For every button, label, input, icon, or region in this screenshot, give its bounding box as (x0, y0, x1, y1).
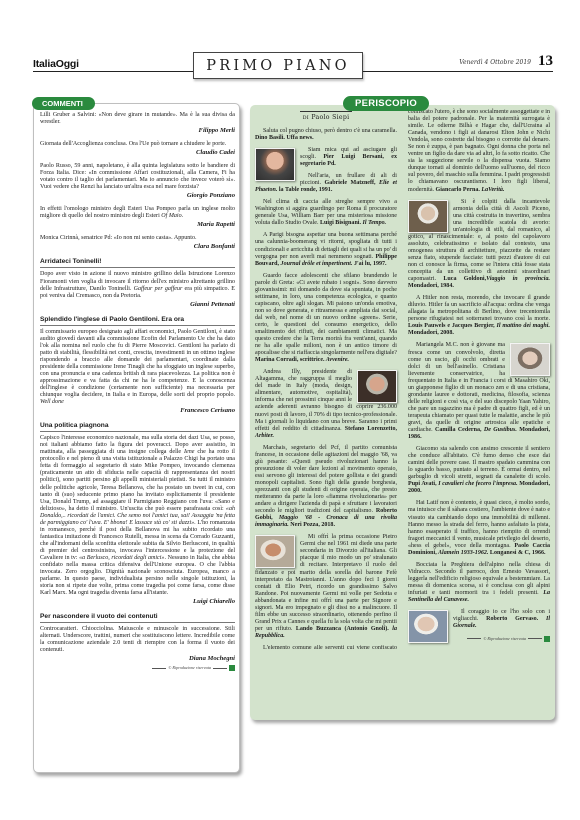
periscopio-box: DI Paolo Siepi Saluta col pugno chiuso, … (250, 105, 555, 720)
gervaso-photo (408, 610, 448, 643)
comment-item: Lilli Gruber a Salvini: «Non deve girare… (40, 112, 235, 135)
copyright-notice: © Riproduzione riservata (453, 635, 550, 642)
comment-author: Clara Bonfanti (40, 242, 235, 251)
comment-author: Giorgio Ponziano (40, 191, 235, 200)
quote-entry: A Hitler non resta, morendo, che invocar… (408, 295, 550, 337)
quote-entry: A Parigi bisogna aspettar una buona sett… (255, 232, 397, 267)
quote-entry: Giacomo sta salendo con ansimo crescente… (408, 446, 550, 495)
masthead-rule-right (363, 71, 553, 72)
comment-item: Paolo Russo, 59 anni, napoletano, è alla… (40, 163, 235, 200)
masthead-rule-left (33, 71, 193, 72)
goldoni-photo (408, 200, 448, 233)
issue-date: Venerdì 4 Ottobre 2019 (459, 59, 531, 66)
copyright-notice: © Riproduzione riservata (40, 664, 235, 671)
comment-text: Lilli Gruber a Salvini: «Non deve girare… (40, 112, 235, 126)
article-heading: Una politica piagnona (40, 421, 235, 432)
comment-article: Una politica piagnona Capisco l'interess… (40, 421, 235, 606)
comment-article: Per nascondere il vuoto dei contenuti Co… (40, 612, 235, 663)
comment-item: In effetti l'omologo ministro degli Este… (40, 206, 235, 229)
article-author: Gianni Pettenati (40, 300, 235, 309)
article-heading: Per nascondere il vuoto dei contenuti (40, 612, 235, 623)
illy-photo (357, 370, 397, 403)
comment-author: Filippo Merli (40, 126, 235, 135)
comment-item: Giornata dell'Accoglienza conclusa. Ora … (40, 141, 235, 157)
comment-author: Claudio Cadei (40, 148, 235, 157)
commenti-label: COMMENTI (32, 97, 95, 110)
quote-entry-continuation: confiscato l'utero, è che sono socialmen… (408, 109, 550, 194)
masthead: ItaliaOggi PRIMO PIANO Venerdì 4 Ottobre… (33, 50, 553, 86)
comment-text: Paolo Russo, 59 anni, napoletano, è alla… (40, 163, 235, 191)
comment-text: Giornata dell'Accoglienza conclusa. Ora … (40, 141, 235, 148)
comment-item: Monica Cirinnà, senatrice Pd: «Io non mi… (40, 235, 235, 251)
periscopio-column-1: DI Paolo Siepi Saluta col pugno chiuso, … (255, 109, 397, 657)
quote-entry-continued: L'elemento comune alle serventi cui vien… (255, 645, 397, 652)
quote-entry: Bocciata la Preghiera dell'alpino nella … (408, 562, 550, 604)
article-author: Luigi Chiarello (40, 597, 235, 606)
page-number: 13 (538, 53, 553, 70)
periscopio-label: PERISCOPIO (343, 96, 429, 111)
buzzanca-photo (255, 535, 295, 568)
article-text: Capisco l'interesse economico nazionale,… (40, 435, 235, 597)
article-text: Il commissario europeo designato agli af… (40, 329, 235, 407)
comment-author: Maria Rapetti (40, 220, 235, 229)
quote-entry: Nel clima di caccia alle streghe sempre … (255, 199, 397, 227)
article-text: Controcaratteri. Chiocciolina. Maiuscole… (40, 626, 235, 654)
comment-article: Arridateci Toninelli! Dopo aver visto in… (40, 257, 235, 308)
end-mark-icon (544, 636, 550, 642)
brand-logo: ItaliaOggi (33, 58, 79, 70)
comment-text: In effetti l'omologo ministro degli Este… (40, 206, 235, 220)
quote-entry: Hai Latif non è contento, è quasi cieco,… (408, 500, 550, 556)
article-author: Diana Mochegni (40, 654, 235, 663)
comment-text: Monica Cirinnà, senatrice Pd: «Io non mi… (40, 235, 235, 242)
article-heading: Arridateci Toninelli! (40, 257, 235, 268)
section-title: PRIMO PIANO (193, 52, 363, 79)
article-text: Dopo aver visto in azione il nuovo minis… (40, 271, 235, 299)
article-author: Francesco Cerisano (40, 406, 235, 415)
bersani-photo (255, 148, 295, 181)
commenti-box: Lilli Gruber a Salvini: «Non deve girare… (33, 103, 240, 773)
cederna-photo (510, 343, 550, 376)
end-mark-icon (229, 665, 235, 671)
periscopio-column-2: confiscato l'utero, è che sono socialmen… (408, 109, 550, 644)
byline: DI Paolo Siepi (255, 111, 397, 122)
quote-entry: Marchais, segretario del Pcf, il partito… (255, 445, 397, 530)
quote-entry: Saluta col pugno chiuso, però dentro c'è… (255, 128, 397, 142)
quote-entry: Guardo facce adolescenti che sfilano bra… (255, 273, 397, 365)
comment-article: Splendido l'inglese di Paolo Gentiloni. … (40, 315, 235, 416)
article-heading: Splendido l'inglese di Paolo Gentiloni. … (40, 315, 235, 326)
